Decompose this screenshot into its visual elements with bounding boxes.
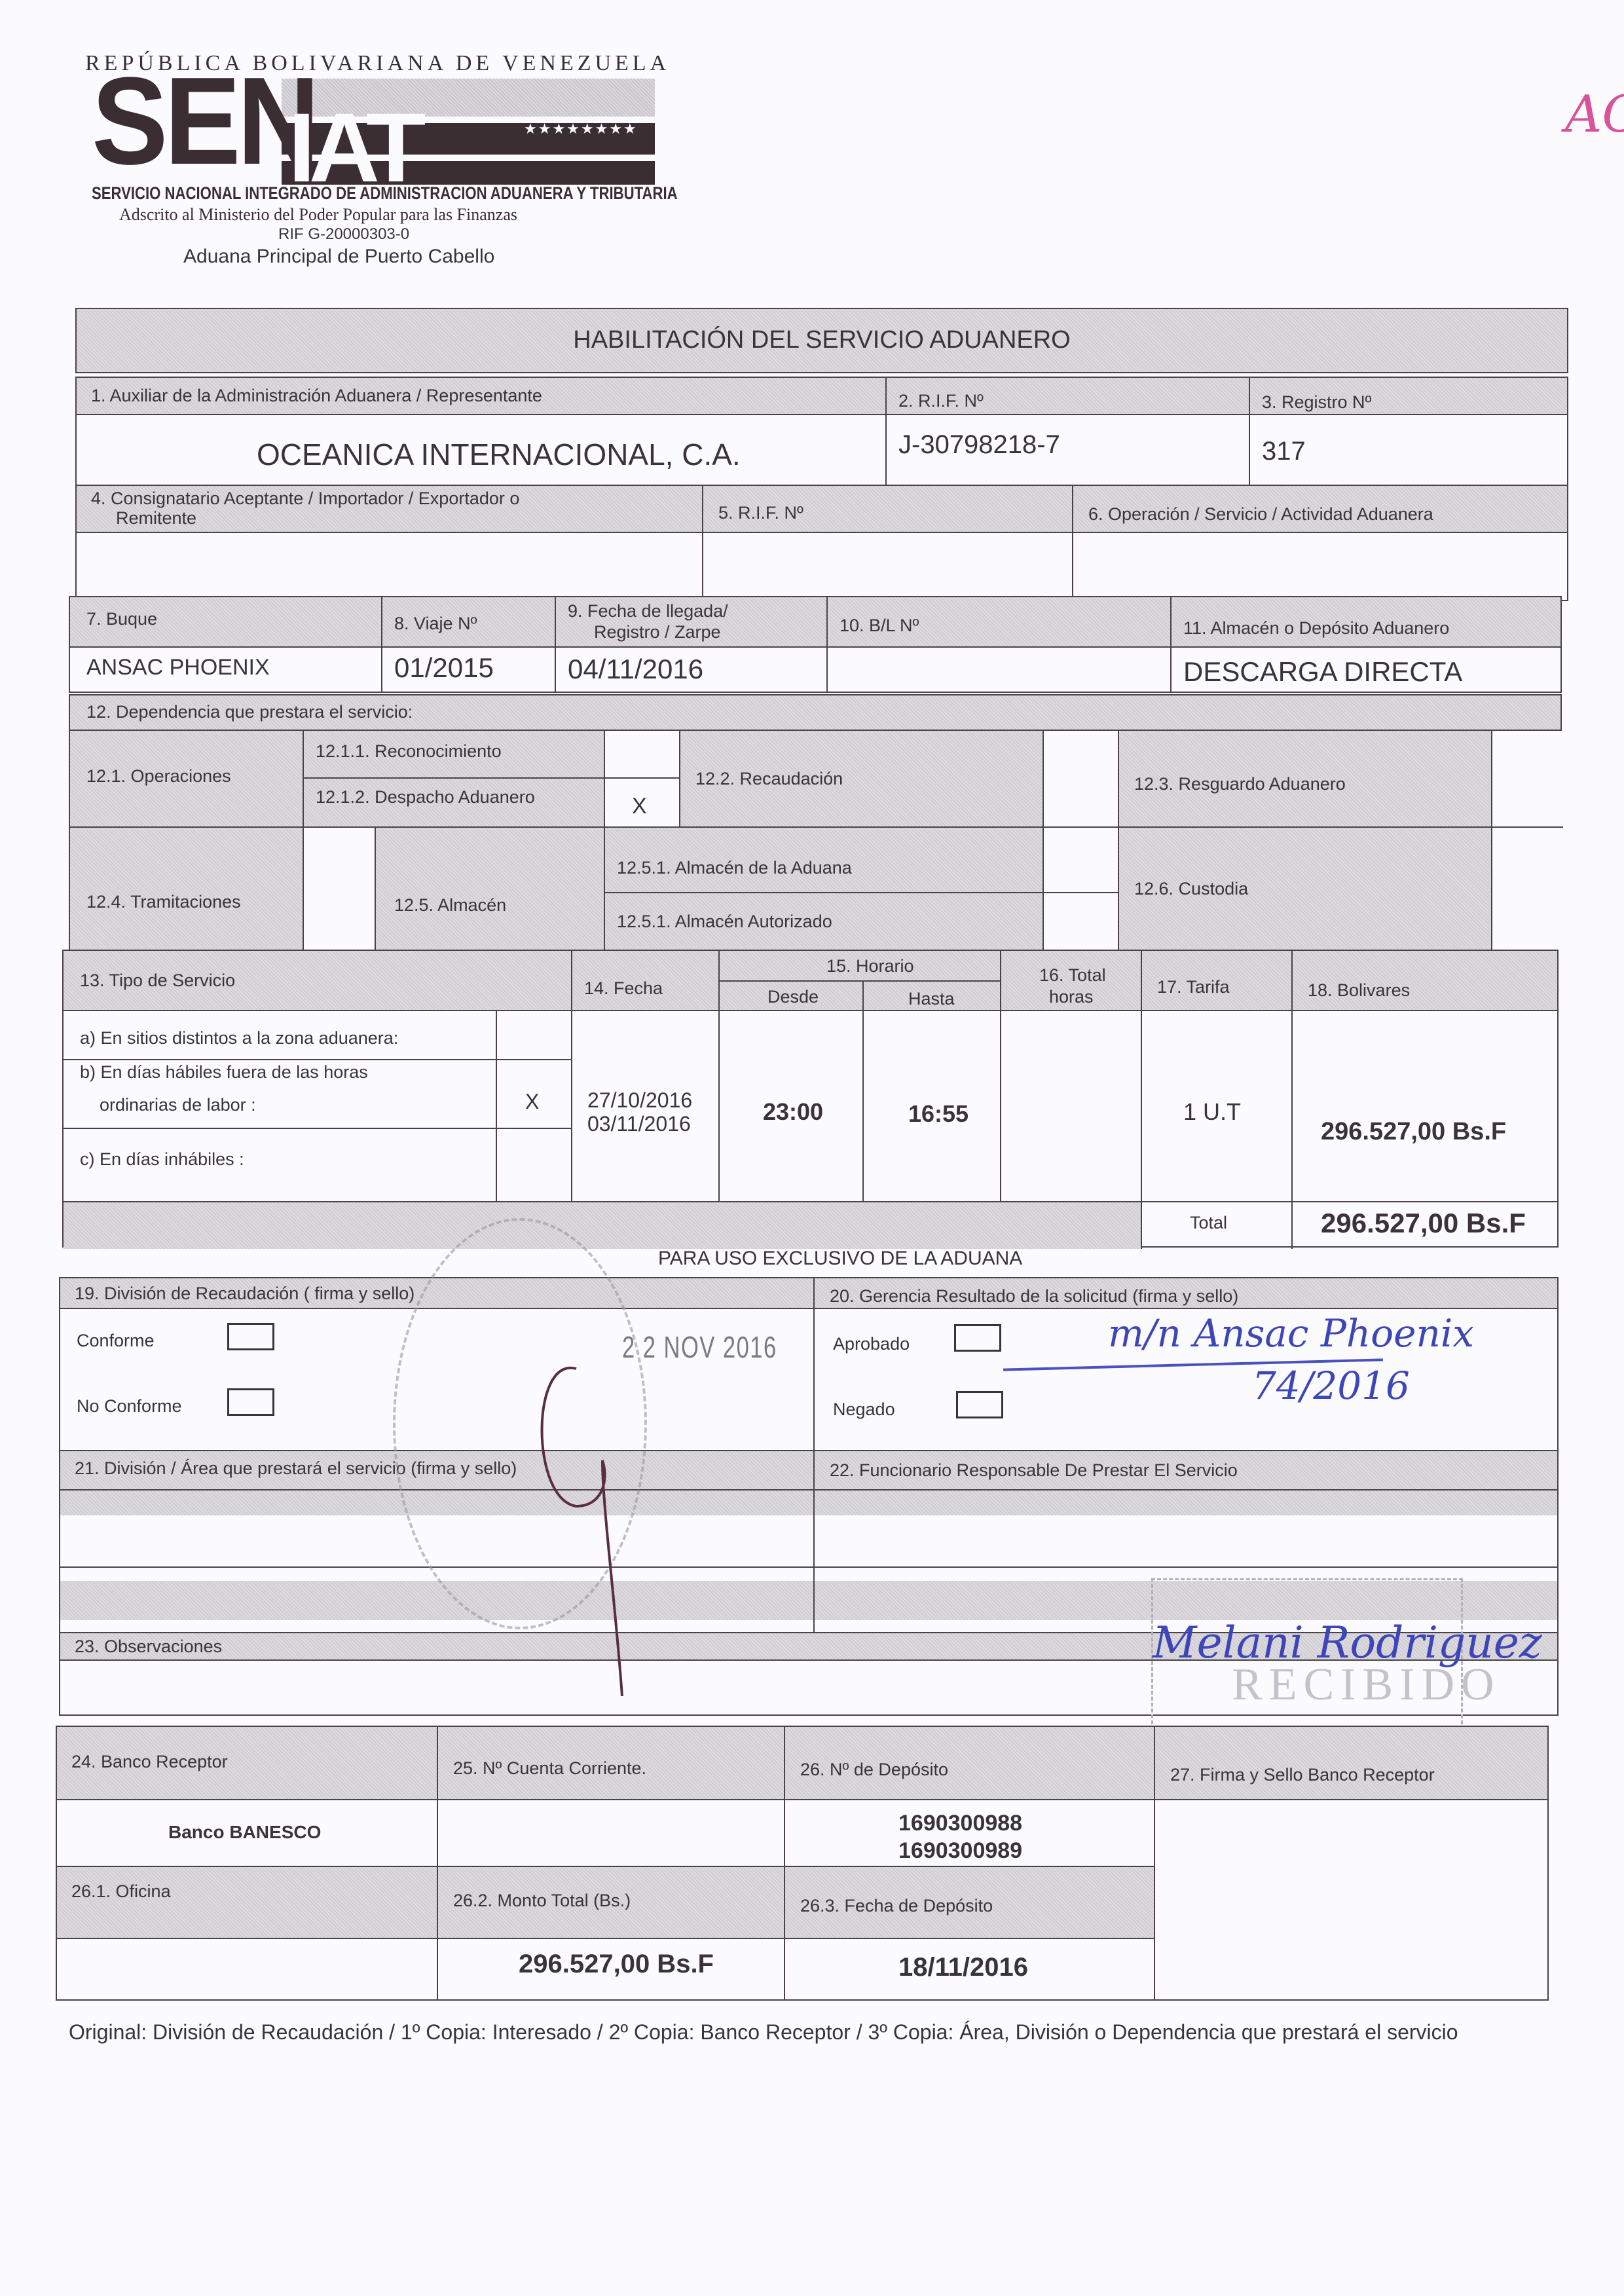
aprobado-label: Aprobado [833, 1334, 910, 1354]
gerencia-label: 20. Gerencia Resultado de la solicitud (… [830, 1286, 1238, 1306]
operacion-label: 6. Operación / Servicio / Actividad Adua… [1088, 504, 1433, 525]
viaje-label: 8. Viaje Nº [394, 614, 477, 634]
bolivares-value[interactable]: 296.527,00 Bs.F [1321, 1118, 1506, 1146]
seniat-logo: SEN IAT ★★★★★★★★ [92, 72, 655, 187]
fecha-deposito-label: 26.3. Fecha de Depósito [800, 1896, 993, 1916]
option-b-label: b) En días hábiles fuera de las horas [80, 1062, 368, 1083]
resguardo-label: 12.3. Resguardo Aduanero [1134, 774, 1346, 794]
desde-label: Desde [767, 987, 819, 1007]
handwritten-number: 74/2016 [1252, 1363, 1410, 1408]
no-conforme-label: No Conforme [77, 1396, 182, 1416]
section-consignee: 4. Consignatario Aceptante / Importador … [75, 485, 1568, 601]
auxiliar-value[interactable]: OCEANICA INTERNACIONAL, C.A. [257, 437, 741, 472]
deposito-label: 26. Nº de Depósito [800, 1760, 948, 1780]
fecha-llegada-label: 9. Fecha de llegada/ [568, 601, 728, 621]
total-label: Total [1190, 1213, 1227, 1233]
no-conforme-checkbox[interactable] [227, 1388, 274, 1416]
section-vessel: 7. Buque ANSAC PHOENIX 8. Viaje Nº 01/20… [69, 596, 1562, 693]
agency-rif: RIF G-20000303-0 [278, 225, 409, 244]
firma-banco-label: 27. Firma y Sello Banco Receptor [1170, 1765, 1435, 1785]
almacen-deposito-value[interactable]: DESCARGA DIRECTA [1183, 656, 1462, 688]
section-bank: 24. Banco Receptor Banco BANESCO 25. Nº … [56, 1726, 1549, 2001]
fecha-desde-value[interactable]: 27/10/2016 [587, 1088, 692, 1113]
handwritten-signature: Melani Rodriguez [1153, 1618, 1542, 1668]
fecha-hasta-value[interactable]: 03/11/2016 [587, 1112, 691, 1136]
custodia-label: 12.6. Custodia [1134, 879, 1248, 899]
recaudacion-sign-label: 19. División de Recaudación ( firma y se… [75, 1284, 415, 1304]
stars-icon: ★★★★★★★★ [524, 120, 638, 138]
despacho-checkbox[interactable]: X [632, 794, 647, 819]
rif5-label: 5. R.I.F. Nº [718, 503, 803, 523]
corner-handwriting: AC [1565, 85, 1624, 144]
aprobado-checkbox[interactable] [954, 1324, 1001, 1352]
bolivares-label: 18. Bolivares [1308, 980, 1410, 1001]
exclusive-use-label: PARA USO EXCLUSIVO DE LA ADUANA [658, 1248, 1022, 1270]
almacen-deposito-label: 11. Almacén o Depósito Aduanero [1183, 618, 1449, 639]
form-title-bar: HABILITACIÓN DEL SERVICIO ADUANERO [75, 308, 1568, 373]
section-service-type: 13. Tipo de Servicio 14. Fecha 15. Horar… [62, 950, 1559, 1248]
option-c-label: c) En días inhábiles : [80, 1149, 244, 1170]
monto-value[interactable]: 296.527,00 Bs.F [519, 1950, 714, 1979]
customs-office: Aduana Principal de Puerto Cabello [183, 246, 494, 268]
hasta-label: Hasta [908, 989, 955, 1009]
auxiliar-label: 1. Auxiliar de la Administración Aduaner… [91, 386, 542, 406]
logo-sen-text: SEN [92, 59, 316, 183]
rif-value[interactable]: J-30798218-7 [898, 430, 1060, 460]
tramitaciones-label: 12.4. Tramitaciones [86, 892, 241, 912]
funcionario-label: 22. Funcionario Responsable De Prestar E… [830, 1460, 1238, 1481]
logo-iat-text: IAT [288, 98, 426, 187]
copies-footer: Original: División de Recaudación / 1º C… [69, 2020, 1458, 2045]
almacen-label: 12.5. Almacén [394, 895, 506, 916]
conforme-label: Conforme [77, 1331, 155, 1351]
registro-value[interactable]: 317 [1262, 437, 1306, 466]
option-b-checkbox[interactable]: X [525, 1090, 539, 1114]
total-horas-label-2: horas [1049, 987, 1094, 1007]
recaudacion-label: 12.2. Recaudación [695, 769, 843, 789]
fecha-servicio-label: 14. Fecha [584, 978, 663, 999]
deposito-value-2[interactable]: 1690300989 [898, 1838, 1022, 1864]
registro-label: 3. Registro Nº [1262, 392, 1371, 413]
total-horas-label: 16. Total [1039, 965, 1106, 986]
viaje-value[interactable]: 01/2015 [394, 652, 494, 684]
form-title: HABILITACIÓN DEL SERVICIO ADUANERO [77, 326, 1567, 354]
reconocimiento-label: 12.1.1. Reconocimiento [316, 741, 502, 762]
fecha-llegada-value[interactable]: 04/11/2016 [568, 654, 703, 685]
fecha-deposito-value[interactable]: 18/11/2016 [898, 1953, 1028, 1982]
ministry-line: Adscrito al Ministerio del Poder Popular… [119, 205, 517, 225]
observaciones-label: 23. Observaciones [75, 1637, 222, 1657]
tarifa-value[interactable]: 1 U.T [1183, 1098, 1241, 1126]
almacen-autorizado-label: 12.5.1. Almacén Autorizado [617, 912, 832, 932]
option-a-label: a) En sitios distintos a la zona aduaner… [80, 1028, 398, 1048]
bl-label: 10. B/L Nº [840, 616, 919, 636]
deposito-value-1[interactable]: 1690300988 [898, 1811, 1022, 1836]
despacho-label: 12.1.2. Despacho Aduanero [316, 787, 535, 807]
operaciones-label: 12.1. Operaciones [86, 766, 231, 787]
consignatario-label-2: Remitente [116, 508, 196, 528]
section-dependency: 12. Dependencia que prestara el servicio… [69, 694, 1562, 953]
hasta-value[interactable]: 16:55 [908, 1100, 969, 1128]
negado-label: Negado [833, 1399, 895, 1420]
dependencia-label: 12. Dependencia que prestara el servicio… [86, 702, 413, 722]
signature-scribble [504, 1342, 648, 1709]
cuenta-label: 25. Nº Cuenta Corriente. [453, 1758, 646, 1779]
option-b-label-2: ordinarias de labor : [100, 1095, 256, 1115]
agency-name: SERVICIO NACIONAL INTEGRADO DE ADMINISTR… [92, 183, 678, 204]
total-value[interactable]: 296.527,00 Bs.F [1321, 1208, 1526, 1239]
fecha-llegada-label-2: Registro / Zarpe [594, 622, 721, 642]
handwritten-vessel-note: m/n Ansac Phoenix [1108, 1311, 1474, 1356]
buque-label: 7. Buque [86, 609, 157, 629]
oficina-label: 26.1. Oficina [71, 1881, 171, 1902]
tipo-servicio-label: 13. Tipo de Servicio [80, 971, 235, 991]
desde-value[interactable]: 23:00 [763, 1098, 823, 1126]
consignatario-label: 4. Consignatario Aceptante / Importador … [91, 489, 519, 509]
negado-checkbox[interactable] [956, 1391, 1003, 1418]
monto-label: 26.2. Monto Total (Bs.) [453, 1891, 631, 1911]
rif-label: 2. R.I.F. Nº [898, 391, 984, 411]
banco-label: 24. Banco Receptor [71, 1752, 228, 1772]
banco-value[interactable]: Banco BANESCO [168, 1822, 321, 1843]
conforme-checkbox[interactable] [227, 1323, 274, 1350]
section-representative: 1. Auxiliar de la Administración Aduaner… [75, 377, 1568, 493]
almacen-aduana-label: 12.5.1. Almacén de la Aduana [617, 858, 852, 878]
horario-label: 15. Horario [826, 956, 914, 976]
buque-value[interactable]: ANSAC PHOENIX [86, 655, 270, 680]
tarifa-label: 17. Tarifa [1157, 977, 1230, 997]
